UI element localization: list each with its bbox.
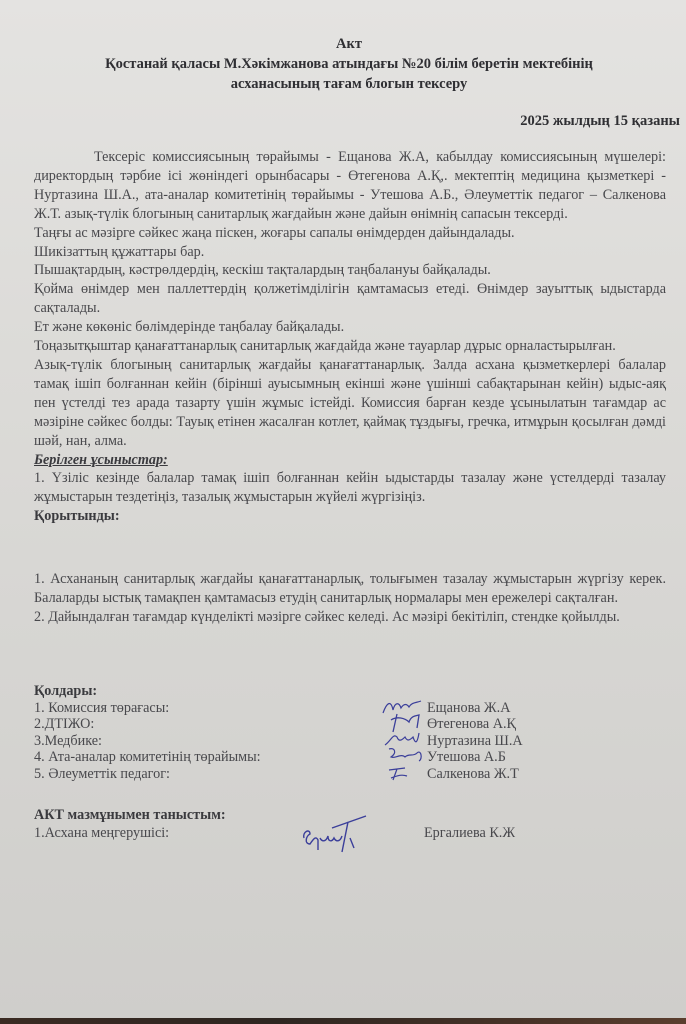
recommendations-title: Берілген ұсыныстар: (34, 451, 666, 470)
title-act: Акт (34, 34, 664, 54)
signature-row: 4. Ата-аналар комитетінің төрайымы: Утеш… (34, 749, 666, 766)
acknowledgement-block: АКТ мазмұнымен таныстым: 1.Асхана меңгер… (34, 806, 666, 842)
paragraph-sanitary: Азық-түлік блогының санитарлық жағдайы қ… (34, 356, 666, 451)
paragraph-documents: Шикізаттың құжаттары бар. (34, 243, 666, 262)
acknowledgement-row: 1.Асхана меңгерушісі: Ергалиева К.Ж (34, 824, 666, 842)
handwritten-signature-icon (379, 762, 425, 784)
title-subject: асханасының тағам блогын тексеру (34, 74, 664, 94)
paragraph-intro: Тексеріс комиссиясының төрайымы - Ещанов… (34, 148, 666, 224)
signature-row: 2.ДТІЖО: Өтегенова А.Қ (34, 716, 666, 733)
acknowledgement-name: Ергалиева К.Ж (424, 824, 515, 842)
conclusion-item: 1. Асхананың санитарлық жағдайы қанағатт… (34, 570, 666, 608)
table-surface (0, 1018, 686, 1024)
signatures-title: Қолдары: (34, 683, 666, 700)
paragraph-labeling: Пышақтардың, кәстрөлдердің, кескіш тақта… (34, 261, 666, 280)
signature-row: 5. Әлеуметтік педагог: Салкенова Ж.Т (34, 766, 666, 783)
acknowledgement-role: 1.Асхана меңгерушісі: (34, 825, 169, 841)
paragraph-storage: Қойма өнімдер мен паллеттердің қолжетімд… (34, 280, 666, 318)
paragraph-breakfast: Таңғы ас мәзірге сәйкес жаңа піскен, жоғ… (34, 224, 666, 243)
inspection-body: Тексеріс комиссиясының төрайымы - Ещанов… (34, 148, 666, 526)
conclusion-item: 2. Дайындалған тағамдар күнделікті мәзір… (34, 608, 666, 627)
signature-row: 1. Комиссия төрағасы: Ещанова Ж.А (34, 700, 666, 717)
paragraph-fridges: Тоңазытқыштар қанағаттанарлық санитарлық… (34, 337, 666, 356)
paper-sheet: Акт Қостанай қаласы М.Хәкімжанова атында… (0, 0, 686, 1018)
signature-role: 2.ДТІЖО: (34, 716, 94, 733)
signature-name: Салкенова Ж.Т (427, 766, 519, 783)
signature-role: 1. Комиссия төрағасы: (34, 700, 169, 717)
signature-role: 5. Әлеуметтік педагог: (34, 766, 170, 783)
signature-name: Утешова А.Б (427, 749, 506, 766)
conclusions-list: 1. Асхананың санитарлық жағдайы қанағатт… (34, 570, 666, 627)
paragraph-meat-veg: Ет және көкөніс бөлімдерінде таңбалау ба… (34, 318, 666, 337)
handwritten-signature-icon (296, 808, 376, 858)
signature-role: 3.Медбике: (34, 733, 102, 750)
title-school: Қостанай қаласы М.Хәкімжанова атындағы №… (34, 54, 664, 74)
signature-name: Ещанова Ж.А (427, 700, 510, 717)
document-date: 2025 жылдың 15 қазаны (520, 113, 680, 130)
signature-name: Нуртазина Ш.А (427, 733, 523, 750)
recommendation-item: 1. Үзіліс кезінде балалар тамақ ішіп бол… (34, 469, 666, 507)
signature-name: Өтегенова А.Қ (427, 716, 516, 733)
document-title: Акт Қостанай қаласы М.Хәкімжанова атында… (34, 34, 664, 94)
signature-row: 3.Медбике: Нуртазина Ш.А (34, 733, 666, 750)
signatures-block: Қолдары: 1. Комиссия төрағасы: Ещанова Ж… (34, 683, 666, 782)
signature-role: 4. Ата-аналар комитетінің төрайымы: (34, 749, 261, 766)
conclusion-title: Қорытынды: (34, 507, 666, 526)
